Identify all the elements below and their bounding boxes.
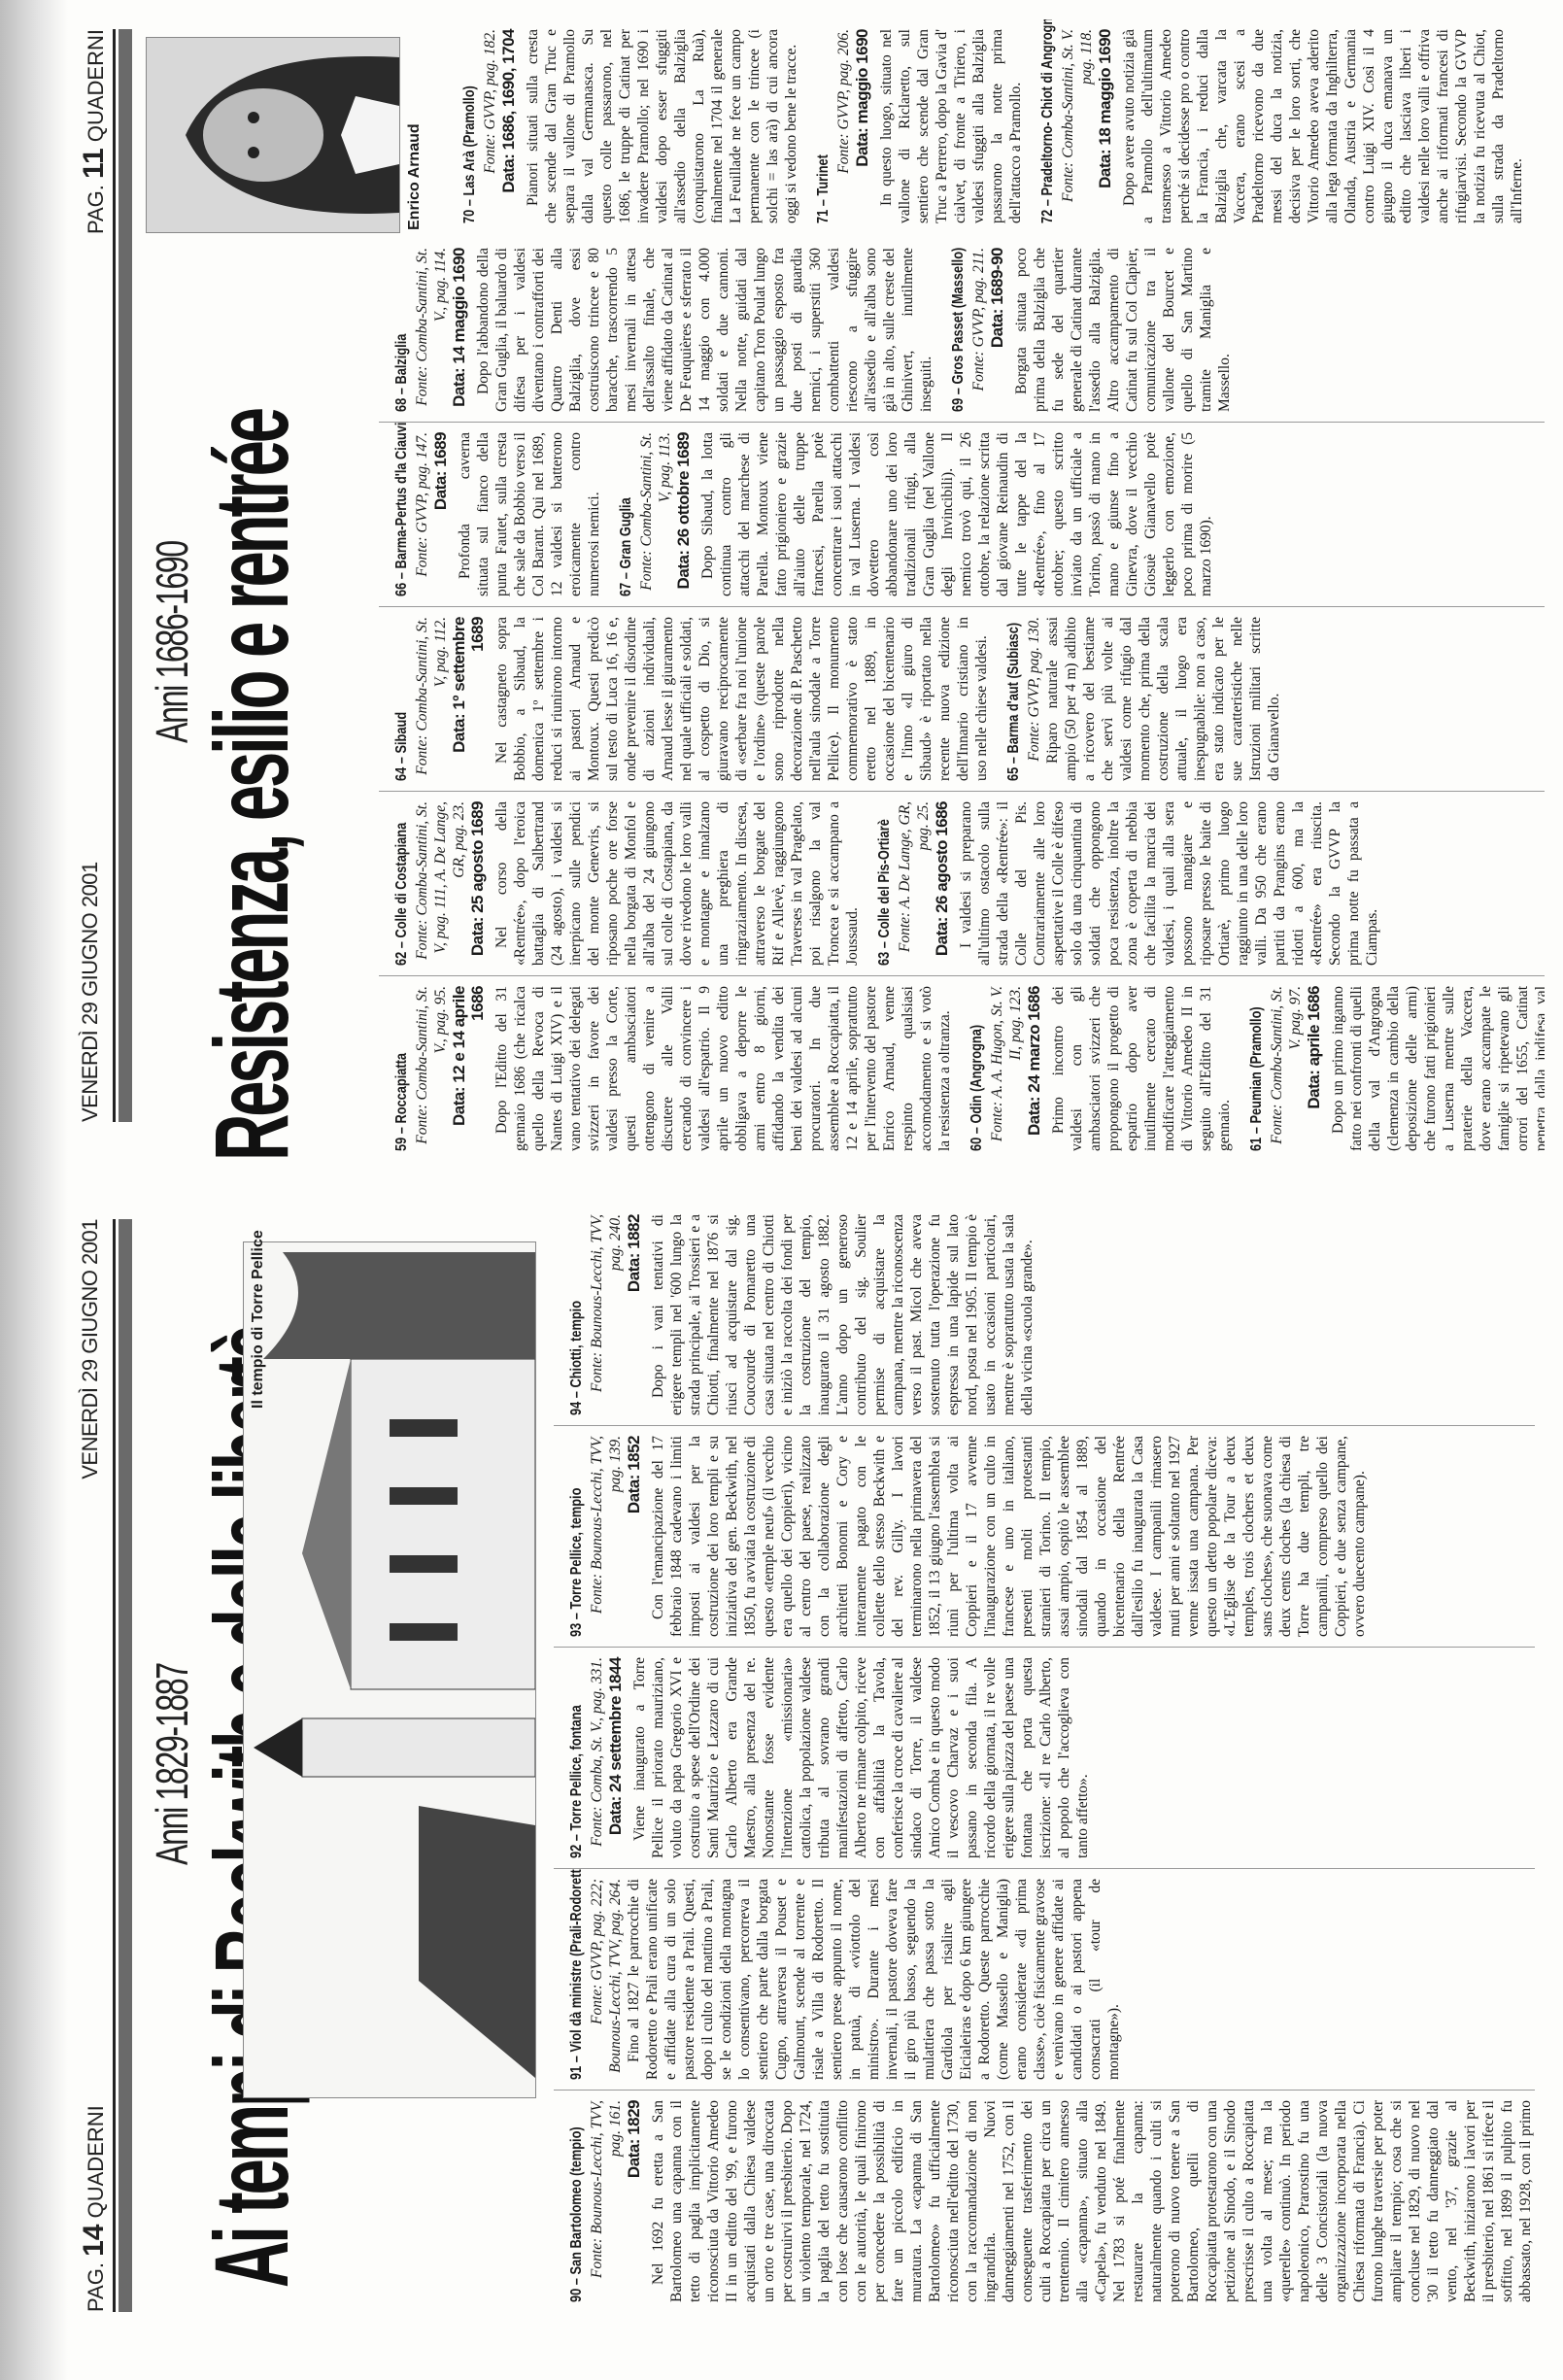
issue-date: VENERDÌ 29 GIUGNO 2001 [78, 862, 103, 1122]
entry-title: 68 – Balziglia [392, 281, 411, 412]
page-11: VENERDÌ 29 GIUGNO 2001 PAG. 11 QUADERNI … [0, 0, 1563, 1190]
entry-title: 90 – San Bartolomeo (tempio) [567, 2141, 586, 2302]
entry-text: Riparo naturale assai ampio (50 per 4 m)… [1043, 617, 1283, 781]
entry-date: Data: maggio 1690 [853, 29, 871, 223]
entry-text: Pianori situati sulla cresta che scende … [524, 29, 800, 223]
kicker: Anni 1829-1887 [146, 1663, 198, 1865]
entry-text: Con l'emancipazione del 17 febbraio 1848… [649, 1436, 1369, 1637]
column: 62 – Colle di Costapiana Fonte: Comba-Sa… [379, 792, 1545, 976]
column: 59 – Roccapiatta Fonte: Comba-Santini, S… [379, 976, 1545, 1161]
page-14: PAG. 14 QUADERNI VENERDÌ 29 GIUGNO 2001 … [0, 1190, 1563, 2380]
entry-title: 61 – Peumian (Pramollo) [1247, 1019, 1266, 1151]
headline: Resistenza, esilio e rentrée [199, 410, 304, 1161]
entry-title: 62 – Colle di Costapiana [392, 834, 411, 966]
church-drawing [243, 1241, 536, 2098]
column: 91 – Viol dà ministre (Prali-Rodoretto) … [554, 1869, 1535, 2091]
entry-date: Data: 14 maggio 1690 [450, 248, 468, 412]
entry-text: Dopo i vani tentativi di erigere templi … [649, 1214, 1036, 1415]
portrait-caption: Enrico Arnaud [406, 123, 424, 230]
column: 66 – Barma-Pertus d'la Ciauvia (Bobbio) … [379, 423, 1545, 607]
entry-text: Dopo Sibaud, la lotta continua contro gl… [698, 432, 1215, 596]
column: 94 – Chiotti, tempio Fonte: Bounous-Lecc… [554, 1205, 1535, 1426]
entry-text: Profonda caverna situata sul fianco dell… [456, 432, 603, 596]
entry-source: Fonte: GVVP, pag. 211. [969, 248, 988, 412]
entry-text: I valdesi si preparano all'ultimo ostaco… [957, 801, 1381, 966]
header-rule [113, 1219, 116, 2312]
entry-source: Fonte: Comba-Santini, St. V., pag. 114. [413, 248, 450, 412]
entry-source: Fonte: A. De Lange, GR, pag. 25. [896, 801, 933, 966]
entry-title: 64 – Sibaud [392, 650, 411, 781]
torre-pellice-temple-illustration [244, 1242, 535, 2097]
entry-title: 67 – Gran Guglia [617, 465, 635, 596]
entry-source: Fonte: GVVP, pag. 147. [413, 432, 431, 596]
entry-source: Fonte: A. A. Hugon, St. V. II, pag. 123. [988, 986, 1025, 1151]
entry-source: Fonte: GVVP, pag. 130. [1025, 617, 1043, 781]
entry-source: Fonte: GVVP, pag. 182. [481, 29, 499, 223]
issue-date: VENERDÌ 29 GIUGNO 2001 [78, 1219, 103, 1479]
entry-date: Data: 25 agosto 1689 [468, 801, 487, 966]
entry-title: 59 – Roccapiatta [392, 1019, 411, 1151]
column: 92 – Torre Pellice, fontana Fonte: Comba… [554, 1648, 1535, 1869]
entry-source: Fonte: Comba-Santini, St. V, pag. 113. [637, 432, 674, 596]
entry-title: 71 – Turinet [814, 68, 832, 223]
entry-date: Data: 12 e 14 aprile 1686 [450, 986, 487, 1151]
entry-text: Dopo un primo inganno fatto nei confront… [1329, 986, 1545, 1151]
entry-date: Data: 1852 [625, 1436, 643, 1637]
column: 90 – San Bartolomeo (tempio) Fonte: Boun… [554, 2091, 1535, 2312]
entry-source: Fonte: GVVP, pag. 222; Bounous-Lecchi, T… [588, 1879, 625, 2080]
figure-caption: Il tempio di Torre Pellice [250, 1230, 267, 1409]
entry-date: Data: 18 maggio 1690 [1096, 29, 1114, 223]
entry-text: Dopo l'Editto del 31 gennaio 1686 (che r… [493, 986, 954, 1151]
header-bar [119, 29, 132, 1122]
entry-title: 94 – Chiotti, tempio [567, 1254, 586, 1415]
page-number: PAG. 14 QUADERNI [78, 2105, 111, 2312]
entry-text: Nel castagneto sopra Bobbio, a Sibaud, l… [493, 617, 991, 781]
sidebar-column: 70 – Las Arà (Pramollo) Fonte: GVVP, pag… [447, 19, 1545, 233]
entry-text: Borgata situata poco prima della Balzigl… [1012, 248, 1234, 412]
article-columns: 59 – Roccapiatta Fonte: Comba-Santini, S… [379, 238, 1545, 1161]
entry-date: Data: 1º settembre 1689 [450, 617, 487, 781]
entry-date: Data: aprile 1686 [1305, 986, 1323, 1151]
entry-date: Data: 1689-90 [988, 248, 1006, 412]
entry-title: 70 – Las Arà (Pramollo) [460, 68, 479, 223]
entry-text: Fino al 1827 le parrocchie di Rodoretto … [625, 1879, 1123, 2080]
entry-date: Data: 24 marzo 1686 [1025, 986, 1043, 1151]
entry-title: 69 – Gros Passet (Massello) [949, 281, 968, 412]
enrico-arnaud-portrait [147, 38, 399, 232]
entry-source: Fonte: Bounous-Lecchi, TVV, pag. 240. [588, 1214, 625, 1415]
entry-title: 91 – Viol dà ministre (Prali-Rodoretto) [567, 1919, 586, 2080]
entry-source: Fonte: GVVP, pag. 206. [834, 29, 853, 223]
entry-text: Nel 1692 fu eretta a San Bartolomeo una … [649, 2100, 1535, 2302]
column: 93 – Torre Pellice, tempio Fonte: Bounou… [554, 1426, 1535, 1648]
entry-source: Fonte: Comba, St. V., pag. 331. [588, 1657, 606, 1858]
entry-date: Data: 1686, 1690, 1704 [499, 29, 518, 223]
entry-title: 72 – Pradeltorno- Chiot di Angrogna [1038, 68, 1057, 223]
entry-source: Fonte: Comba-Santini, St. V, pag. 111, A… [413, 801, 468, 966]
entry-source: Fonte: Comba-Santini, St. V. pag. 97. [1268, 986, 1305, 1151]
header-rule [113, 29, 116, 1122]
entry-title: 65 – Barma d'aut (Subiasc) [1004, 650, 1023, 781]
entry-title: 63 – Colle del Pis-Ortiarè [875, 834, 894, 966]
entry-date: Data: 1829 [625, 2100, 643, 2302]
entry-text: Nel corso della «Rentrée», dopo l'eroica… [493, 801, 862, 966]
entry-source: Fonte: Bounous-Lecchi, TVV, pag. 161. [588, 2100, 625, 2302]
entry-text: Dopo l'abbandono della Gran Guglia, il b… [474, 248, 935, 412]
entry-source: Fonte: Comba-Santini, St. V. pag. 118. [1059, 29, 1096, 223]
newspaper-spread: PAG. 14 QUADERNI VENERDÌ 29 GIUGNO 2001 … [0, 0, 1563, 2380]
entry-date: Data: 24 settembre 1844 [606, 1657, 625, 1858]
entry-date: Data: 1689 [431, 432, 450, 596]
entry-title: 66 – Barma-Pertus d'la Ciauvia (Bobbio) [392, 465, 411, 596]
column: 64 – Sibaud Fonte: Comba-Santini, St. V,… [379, 607, 1545, 792]
entry-title: 93 – Torre Pellice, tempio [567, 1476, 586, 1637]
entry-source: Fonte: Bounous-Lecchi, TVV, pag. 139. [588, 1436, 625, 1637]
article-columns: 90 – San Bartolomeo (tempio) Fonte: Boun… [554, 1205, 1535, 2312]
portrait [146, 37, 400, 233]
entry-text: Primo incontro dei valdesi con gli ambas… [1049, 986, 1234, 1151]
entry-date: Data: 26 agosto 1686 [933, 801, 951, 966]
running-head: PAG. 14 QUADERNI VENERDÌ 29 GIUGNO 2001 [70, 1219, 113, 2312]
entry-date: Data: 26 ottobre 1689 [674, 432, 693, 596]
entry-title: 60 – Odin (Angrogna) [968, 1019, 986, 1151]
entry-source: Fonte: Comba-Santini, St. V., pag. 95. [413, 986, 450, 1151]
entry-source: Fonte: Comba-Santini, St. V, pag. 112. [413, 617, 450, 781]
page-number: PAG. 11 QUADERNI [78, 29, 111, 234]
entry-text: In questo luogo, situato nel vallone di … [877, 29, 1025, 223]
entry-text: Viene inaugurato a Torre Pellice il prio… [630, 1657, 1092, 1858]
column: 70 – Las Arà (Pramollo) Fonte: GVVP, pag… [447, 19, 1545, 233]
header-bar [119, 1219, 132, 2312]
entry-date: Data: 1882 [625, 1214, 643, 1415]
column: 68 – Balziglia Fonte: Comba-Santini, St.… [379, 238, 1545, 423]
kicker: Anni 1686-1690 [146, 541, 198, 743]
entry-text: Dopo avere avuto notizia già a Pramollo … [1120, 29, 1526, 223]
entry-title: 92 – Torre Pellice, fontana [567, 1697, 586, 1858]
running-head: VENERDÌ 29 GIUGNO 2001 PAG. 11 QUADERNI [70, 29, 113, 1122]
